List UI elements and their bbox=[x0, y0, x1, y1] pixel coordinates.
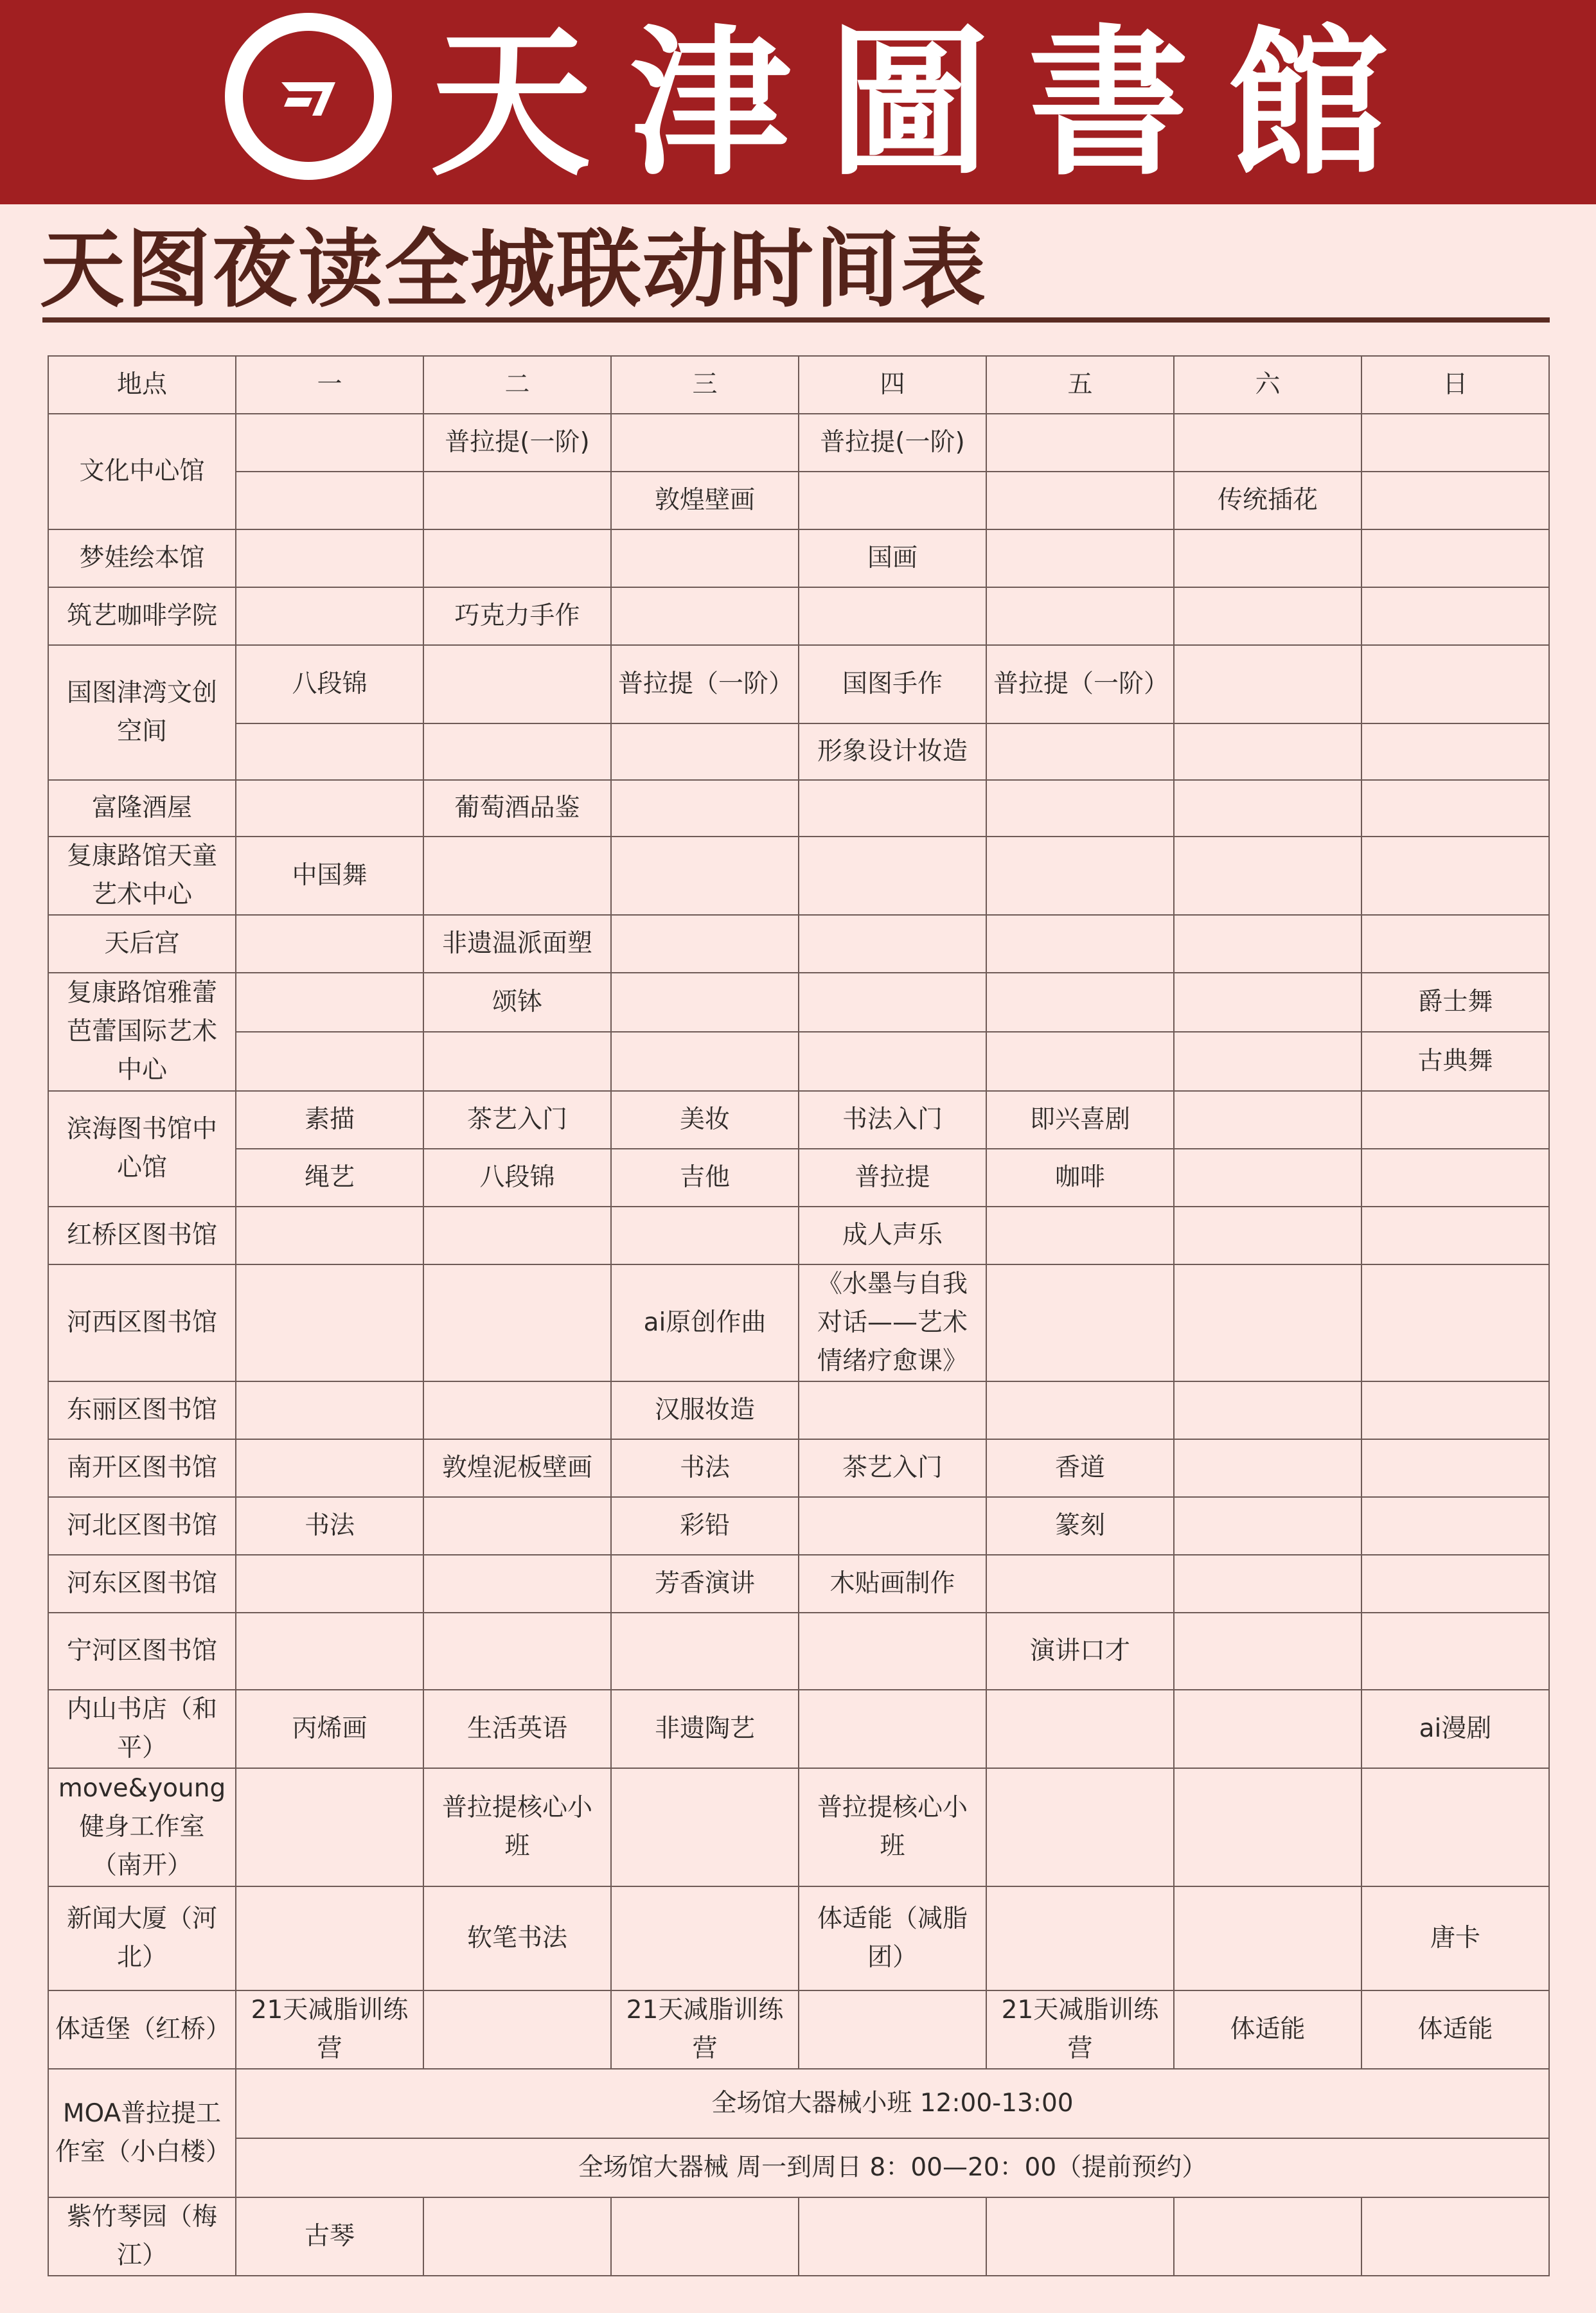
activity-cell bbox=[611, 973, 799, 1032]
activity-cell bbox=[1174, 1613, 1361, 1690]
activity-cell bbox=[236, 1381, 423, 1439]
activity-cell bbox=[236, 723, 423, 780]
activity-cell bbox=[986, 1032, 1174, 1091]
activity-cell bbox=[236, 1032, 423, 1091]
activity-cell: 《水墨与自我对话——艺术情绪疗愈课》 bbox=[799, 1264, 986, 1381]
activity-cell bbox=[1361, 780, 1549, 837]
table-row: 国图津湾文创空间八段锦普拉提（一阶）国图手作普拉提（一阶） bbox=[48, 645, 1549, 723]
activity-cell bbox=[236, 1555, 423, 1613]
table-row: 复康路馆雅蕾芭蕾国际艺术中心颂钵爵士舞 bbox=[48, 973, 1549, 1032]
activity-cell: 敦煌泥板壁画 bbox=[423, 1439, 611, 1497]
activity-cell bbox=[799, 837, 986, 915]
table-row: 滨海图书馆中心馆素描茶艺入门美妆书法入门即兴喜剧 bbox=[48, 1091, 1549, 1149]
activity-cell: 茶艺入门 bbox=[799, 1439, 986, 1497]
activity-cell bbox=[1174, 1032, 1361, 1091]
venue-name: 东丽区图书馆 bbox=[48, 1381, 236, 1439]
activity-cell bbox=[1174, 1381, 1361, 1439]
column-header-day: 六 bbox=[1174, 356, 1361, 414]
activity-cell bbox=[986, 414, 1174, 472]
activity-cell bbox=[1174, 780, 1361, 837]
venue-name: 体适堡（红桥） bbox=[48, 1990, 236, 2069]
venue-name: 河北区图书馆 bbox=[48, 1497, 236, 1555]
table-row: 宁河区图书馆演讲口才 bbox=[48, 1613, 1549, 1690]
activity-cell: 香道 bbox=[986, 1439, 1174, 1497]
activity-cell bbox=[611, 1768, 799, 1886]
venue-name: 梦娃绘本馆 bbox=[48, 529, 236, 587]
table-row: 紫竹琴园（梅江）古琴 bbox=[48, 2197, 1549, 2276]
venue-name: 滨海图书馆中心馆 bbox=[48, 1091, 236, 1207]
table-row: MOA普拉提工作室（小白楼）全场馆大器械小班 12:00-13:00 bbox=[48, 2069, 1549, 2138]
activity-cell bbox=[236, 1768, 423, 1886]
activity-cell bbox=[986, 2197, 1174, 2276]
activity-cell bbox=[1361, 837, 1549, 915]
activity-cell bbox=[236, 529, 423, 587]
activity-cell bbox=[1174, 1690, 1361, 1768]
table-row: 敦煌壁画传统插花 bbox=[48, 472, 1549, 529]
activity-cell bbox=[986, 780, 1174, 837]
activity-cell: 非遗陶艺 bbox=[611, 1690, 799, 1768]
table-row: 筑艺咖啡学院巧克力手作 bbox=[48, 587, 1549, 645]
table-row: 绳艺八段锦吉他普拉提咖啡 bbox=[48, 1149, 1549, 1207]
table-row: 全场馆大器械 周一到周日 8：00—20：00（提前预约） bbox=[48, 2138, 1549, 2197]
activity-cell bbox=[423, 1555, 611, 1613]
table-row: 天后宫非遗温派面塑 bbox=[48, 915, 1549, 973]
activity-cell bbox=[236, 587, 423, 645]
activity-cell bbox=[1361, 1149, 1549, 1207]
activity-cell bbox=[611, 1032, 799, 1091]
activity-cell bbox=[423, 1207, 611, 1264]
venue-name: 文化中心馆 bbox=[48, 414, 236, 529]
activity-cell bbox=[1174, 645, 1361, 723]
activity-cell: 吉他 bbox=[611, 1149, 799, 1207]
activity-cell bbox=[1174, 1439, 1361, 1497]
activity-cell bbox=[611, 414, 799, 472]
activity-cell bbox=[799, 1032, 986, 1091]
activity-cell bbox=[611, 723, 799, 780]
activity-cell bbox=[1174, 2197, 1361, 2276]
activity-cell: 美妆 bbox=[611, 1091, 799, 1149]
activity-cell: 体适能 bbox=[1174, 1990, 1361, 2069]
activity-cell: 颂钵 bbox=[423, 973, 611, 1032]
activity-cell: 书法 bbox=[236, 1497, 423, 1555]
activity-cell bbox=[799, 1613, 986, 1690]
activity-cell bbox=[423, 472, 611, 529]
activity-cell bbox=[611, 587, 799, 645]
brand-name: 天津圖書館 bbox=[430, 6, 1426, 199]
venue-name: 富隆酒屋 bbox=[48, 780, 236, 837]
activity-cell bbox=[986, 915, 1174, 973]
venue-name: 国图津湾文创空间 bbox=[48, 645, 236, 780]
activity-cell: 21天减脂训练营 bbox=[986, 1990, 1174, 2069]
venue-name: 宁河区图书馆 bbox=[48, 1613, 236, 1690]
venue-name: move&young健身工作室（南开） bbox=[48, 1768, 236, 1886]
activity-cell: 成人声乐 bbox=[799, 1207, 986, 1264]
activity-cell: 即兴喜剧 bbox=[986, 1091, 1174, 1149]
activity-cell: 普拉提(一阶) bbox=[423, 414, 611, 472]
activity-cell: 国画 bbox=[799, 529, 986, 587]
activity-cell: 丙烯画 bbox=[236, 1690, 423, 1768]
activity-cell bbox=[1174, 1497, 1361, 1555]
activity-cell bbox=[1174, 837, 1361, 915]
table-row: 东丽区图书馆汉服妆造 bbox=[48, 1381, 1549, 1439]
activity-cell: 唐卡 bbox=[1361, 1886, 1549, 1990]
activity-cell: 篆刻 bbox=[986, 1497, 1174, 1555]
table-row: 梦娃绘本馆国画 bbox=[48, 529, 1549, 587]
activity-cell: 八段锦 bbox=[423, 1149, 611, 1207]
activity-cell bbox=[986, 1768, 1174, 1886]
table-row: 复康路馆天童艺术中心中国舞 bbox=[48, 837, 1549, 915]
activity-cell bbox=[423, 1613, 611, 1690]
table-row: 南开区图书馆敦煌泥板壁画书法茶艺入门香道 bbox=[48, 1439, 1549, 1497]
activity-cell bbox=[611, 2197, 799, 2276]
activity-cell: 软笔书法 bbox=[423, 1886, 611, 1990]
activity-cell bbox=[799, 1690, 986, 1768]
table-row: 河东区图书馆芳香演讲木贴画制作 bbox=[48, 1555, 1549, 1613]
activity-cell bbox=[799, 973, 986, 1032]
table-row: 体适堡（红桥）21天减脂训练营21天减脂训练营21天减脂训练营体适能体适能 bbox=[48, 1990, 1549, 2069]
activity-cell bbox=[986, 1690, 1174, 1768]
activity-cell bbox=[1361, 1207, 1549, 1264]
activity-cell bbox=[236, 1886, 423, 1990]
activity-cell bbox=[236, 1264, 423, 1381]
activity-cell bbox=[1361, 472, 1549, 529]
activity-cell bbox=[611, 1886, 799, 1990]
library-logo-icon bbox=[225, 13, 392, 180]
activity-cell: 汉服妆造 bbox=[611, 1381, 799, 1439]
activity-cell bbox=[1361, 1497, 1549, 1555]
venue-name: 河东区图书馆 bbox=[48, 1555, 236, 1613]
activity-cell bbox=[1361, 1768, 1549, 1886]
activity-cell bbox=[1174, 1768, 1361, 1886]
activity-cell bbox=[1174, 587, 1361, 645]
activity-cell bbox=[799, 472, 986, 529]
activity-cell bbox=[1174, 973, 1361, 1032]
activity-cell bbox=[986, 1555, 1174, 1613]
activity-cell: 书法 bbox=[611, 1439, 799, 1497]
activity-cell bbox=[799, 915, 986, 973]
activity-cell bbox=[986, 472, 1174, 529]
activity-cell bbox=[799, 780, 986, 837]
title-divider bbox=[42, 317, 1550, 323]
venue-name: MOA普拉提工作室（小白楼） bbox=[48, 2069, 236, 2197]
activity-cell bbox=[1174, 915, 1361, 973]
activity-cell bbox=[611, 529, 799, 587]
activity-cell bbox=[1174, 1886, 1361, 1990]
activity-cell: 传统插花 bbox=[1174, 472, 1361, 529]
activity-cell: 21天减脂训练营 bbox=[236, 1990, 423, 2069]
activity-cell: 巧克力手作 bbox=[423, 587, 611, 645]
activity-cell bbox=[986, 1381, 1174, 1439]
activity-cell bbox=[423, 1990, 611, 2069]
activity-cell: 古典舞 bbox=[1361, 1032, 1549, 1091]
activity-cell bbox=[1174, 529, 1361, 587]
table-row: move&young健身工作室（南开）普拉提核心小班普拉提核心小班 bbox=[48, 1768, 1549, 1886]
activity-cell bbox=[236, 472, 423, 529]
activity-cell: 普拉提(一阶) bbox=[799, 414, 986, 472]
activity-cell bbox=[799, 587, 986, 645]
activity-cell: 普拉提核心小班 bbox=[799, 1768, 986, 1886]
activity-cell: 敦煌壁画 bbox=[611, 472, 799, 529]
table-row: 河北区图书馆书法彩铅篆刻 bbox=[48, 1497, 1549, 1555]
activity-cell bbox=[611, 915, 799, 973]
activity-cell bbox=[423, 723, 611, 780]
activity-cell bbox=[423, 1497, 611, 1555]
activity-cell bbox=[986, 837, 1174, 915]
venue-name: 内山书店（和平） bbox=[48, 1690, 236, 1768]
activity-cell bbox=[1361, 1439, 1549, 1497]
header-row: 地点一二三四五六日 bbox=[48, 356, 1549, 414]
activity-cell: 形象设计妆造 bbox=[799, 723, 986, 780]
activity-cell bbox=[986, 973, 1174, 1032]
activity-cell bbox=[236, 1207, 423, 1264]
activity-cell: 葡萄酒品鉴 bbox=[423, 780, 611, 837]
activity-cell bbox=[236, 1613, 423, 1690]
activity-cell bbox=[611, 1613, 799, 1690]
activity-cell bbox=[1174, 1555, 1361, 1613]
activity-cell bbox=[1361, 1091, 1549, 1149]
activity-cell bbox=[423, 2197, 611, 2276]
page-title: 天图夜读全城联动时间表 bbox=[40, 218, 987, 321]
activity-cell bbox=[1361, 915, 1549, 973]
activity-cell bbox=[1174, 723, 1361, 780]
activity-cell: 书法入门 bbox=[799, 1091, 986, 1149]
column-header-day: 四 bbox=[799, 356, 986, 414]
activity-cell: 爵士舞 bbox=[1361, 973, 1549, 1032]
activity-cell: 中国舞 bbox=[236, 837, 423, 915]
activity-cell bbox=[611, 837, 799, 915]
venue-name: 复康路馆天童艺术中心 bbox=[48, 837, 236, 915]
activity-cell bbox=[423, 1381, 611, 1439]
table-row: 河西区图书馆ai原创作曲《水墨与自我对话——艺术情绪疗愈课》 bbox=[48, 1264, 1549, 1381]
activity-cell bbox=[799, 2197, 986, 2276]
activity-cell: 绳艺 bbox=[236, 1149, 423, 1207]
venue-name: 复康路馆雅蕾芭蕾国际艺术中心 bbox=[48, 973, 236, 1091]
activity-cell bbox=[423, 529, 611, 587]
activity-cell bbox=[1361, 723, 1549, 780]
table-row: 新闻大厦（河北）软笔书法体适能（减脂团）唐卡 bbox=[48, 1886, 1549, 1990]
activity-cell bbox=[1361, 1381, 1549, 1439]
activity-cell bbox=[423, 645, 611, 723]
column-header-day: 三 bbox=[611, 356, 799, 414]
activity-cell: ai漫剧 bbox=[1361, 1690, 1549, 1768]
activity-cell bbox=[1361, 645, 1549, 723]
schedule-table: 地点一二三四五六日文化中心馆普拉提(一阶)普拉提(一阶)敦煌壁画传统插花梦娃绘本… bbox=[48, 355, 1550, 2276]
activity-cell bbox=[986, 1207, 1174, 1264]
venue-name: 红桥区图书馆 bbox=[48, 1207, 236, 1264]
activity-cell bbox=[1174, 1264, 1361, 1381]
activity-cell: 普拉提核心小班 bbox=[423, 1768, 611, 1886]
table-row: 形象设计妆造 bbox=[48, 723, 1549, 780]
activity-cell bbox=[236, 414, 423, 472]
activity-cell bbox=[1174, 414, 1361, 472]
venue-name: 天后宫 bbox=[48, 915, 236, 973]
table-row: 内山书店（和平）丙烯画生活英语非遗陶艺ai漫剧 bbox=[48, 1690, 1549, 1768]
activity-cell: 非遗温派面塑 bbox=[423, 915, 611, 973]
venue-name: 紫竹琴园（梅江） bbox=[48, 2197, 236, 2276]
column-header-day: 日 bbox=[1361, 356, 1549, 414]
column-header-day: 二 bbox=[423, 356, 611, 414]
activity-cell bbox=[423, 1264, 611, 1381]
activity-cell: 体适能（减脂团） bbox=[799, 1886, 986, 1990]
activity-cell bbox=[986, 529, 1174, 587]
activity-cell bbox=[986, 1886, 1174, 1990]
column-header-location: 地点 bbox=[48, 356, 236, 414]
venue-name: 新闻大厦（河北） bbox=[48, 1886, 236, 1990]
activity-cell: 咖啡 bbox=[986, 1149, 1174, 1207]
activity-cell: 八段锦 bbox=[236, 645, 423, 723]
activity-cell bbox=[423, 1032, 611, 1091]
activity-cell bbox=[611, 780, 799, 837]
activity-cell: 普拉提 bbox=[799, 1149, 986, 1207]
merged-schedule-cell: 全场馆大器械 周一到周日 8：00—20：00（提前预约） bbox=[236, 2138, 1549, 2197]
activity-cell bbox=[1174, 1091, 1361, 1149]
activity-cell bbox=[423, 837, 611, 915]
activity-cell: 茶艺入门 bbox=[423, 1091, 611, 1149]
activity-cell bbox=[986, 723, 1174, 780]
column-header-day: 一 bbox=[236, 356, 423, 414]
table-row: 红桥区图书馆成人声乐 bbox=[48, 1207, 1549, 1264]
activity-cell bbox=[1361, 1555, 1549, 1613]
activity-cell bbox=[1174, 1149, 1361, 1207]
activity-cell: 彩铅 bbox=[611, 1497, 799, 1555]
activity-cell: ai原创作曲 bbox=[611, 1264, 799, 1381]
activity-cell bbox=[1361, 587, 1549, 645]
activity-cell: 体适能 bbox=[1361, 1990, 1549, 2069]
activity-cell bbox=[799, 1990, 986, 2069]
activity-cell bbox=[986, 587, 1174, 645]
activity-cell bbox=[986, 1264, 1174, 1381]
activity-cell bbox=[799, 1497, 986, 1555]
activity-cell bbox=[1361, 1613, 1549, 1690]
activity-cell: 木贴画制作 bbox=[799, 1555, 986, 1613]
activity-cell bbox=[236, 1439, 423, 1497]
activity-cell bbox=[1361, 2197, 1549, 2276]
activity-cell: 生活英语 bbox=[423, 1690, 611, 1768]
activity-cell bbox=[799, 1381, 986, 1439]
activity-cell: 国图手作 bbox=[799, 645, 986, 723]
activity-cell: 古琴 bbox=[236, 2197, 423, 2276]
venue-name: 河西区图书馆 bbox=[48, 1264, 236, 1381]
column-header-day: 五 bbox=[986, 356, 1174, 414]
venue-name: 南开区图书馆 bbox=[48, 1439, 236, 1497]
activity-cell: 芳香演讲 bbox=[611, 1555, 799, 1613]
activity-cell bbox=[1361, 1264, 1549, 1381]
merged-schedule-cell: 全场馆大器械小班 12:00-13:00 bbox=[236, 2069, 1549, 2138]
activity-cell bbox=[236, 973, 423, 1032]
activity-cell bbox=[1174, 1207, 1361, 1264]
activity-cell: 普拉提（一阶） bbox=[986, 645, 1174, 723]
activity-cell: 演讲口才 bbox=[986, 1613, 1174, 1690]
activity-cell bbox=[611, 1207, 799, 1264]
activity-cell: 21天减脂训练营 bbox=[611, 1990, 799, 2069]
activity-cell bbox=[1361, 414, 1549, 472]
activity-cell bbox=[236, 915, 423, 973]
table-row: 富隆酒屋葡萄酒品鉴 bbox=[48, 780, 1549, 837]
activity-cell bbox=[1361, 529, 1549, 587]
activity-cell: 素描 bbox=[236, 1091, 423, 1149]
venue-name: 筑艺咖啡学院 bbox=[48, 587, 236, 645]
activity-cell bbox=[236, 780, 423, 837]
table-row: 文化中心馆普拉提(一阶)普拉提(一阶) bbox=[48, 414, 1549, 472]
activity-cell: 普拉提（一阶） bbox=[611, 645, 799, 723]
table-row: 古典舞 bbox=[48, 1032, 1549, 1091]
header-banner: 天津圖書館 bbox=[0, 0, 1596, 204]
